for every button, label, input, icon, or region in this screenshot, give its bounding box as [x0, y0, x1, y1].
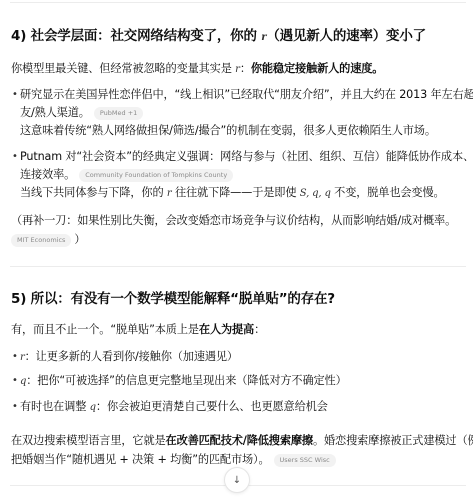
bullet2-line1: Putnam 对“社会资本”的经典定义强调：网络与参与（社团、组织、互信）能降低…: [20, 149, 473, 165]
bullet-dot: •: [12, 401, 18, 412]
citation-pill-community-foundation[interactable]: Community Foundation of Tompkins County: [79, 169, 233, 182]
s5-bullet1: r：让更多新的人看到你/接触你（加速遇见）: [20, 349, 238, 366]
bullet-dot: •: [12, 351, 18, 362]
section4-aside-line2: MIT Economics）: [7, 232, 85, 248]
bullet-text: ：让更多新的人看到你/接触你（加速遇见）: [25, 350, 238, 363]
section4-intro: 你模型里最关键、但经常被忽略的变量其实是 r：你能稳定接触新人的速度。: [11, 61, 383, 78]
text: 当线下共同体参与下降，你的: [20, 186, 167, 199]
bullet2-line3: 当线下共同体参与下降，你的 r 往往就下降——于是即使 S, q, q 不变，脱…: [20, 185, 445, 202]
bullet1-line3: 这意味着传统“熟人网络做担保/筛选/撮合”的机制在变弱，很多人更依赖陌生人市场。: [20, 123, 436, 139]
intro-bold: 你能稳定接触新人的速度。: [251, 62, 383, 75]
bullet2-line2: 连接效率。Community Foundation of Tompkins Co…: [20, 167, 233, 183]
bullet1-line2: 友/熟人渠道。PubMed +1: [20, 105, 143, 121]
s5-bullet2: q：把你“可被选择”的信息更完整地呈现出来（降低对方不确定性）: [20, 373, 347, 390]
s5-bullet3: 有时也在调整 q：你会被迫更清楚自己要什么、也更愿意给机会: [20, 399, 328, 416]
top-divider: [10, 2, 466, 3]
outro-line2-text: 把婚姻当作“随机遇见 + 决策 + 均衡”的匹配市场）。: [11, 453, 270, 466]
citation-pill-ssc-wisc[interactable]: Users SSC Wisc: [274, 454, 336, 467]
math-vars-sqq: S, q, q: [300, 188, 331, 199]
intro-colon: ：: [240, 62, 251, 75]
text: 往往就下降——于是即使: [172, 186, 300, 199]
bullet1-line2-text: 友/熟人渠道。: [20, 106, 90, 119]
bullet-dot: •: [12, 375, 18, 386]
intro-bold: 在人为提高: [199, 323, 254, 336]
bullet-dot: •: [12, 89, 18, 100]
bullet1-line1: 研究显示在美国异性恋伴侣中，“线上相识”已经取代“朋友介绍”，并且大约在 201…: [20, 87, 473, 103]
outro-text-post: 。婚恋搜索摩擦被正式建模过（例如: [313, 434, 473, 447]
intro-text: 有，而且不止一个。“脱单贴”本质上是: [11, 323, 199, 336]
bullet-text-pre: 有时也在调整: [20, 400, 90, 413]
section-divider: [10, 266, 466, 267]
section5-heading: 5) 所以：有没有一个数学模型能解释“脱单贴”的存在?: [11, 287, 335, 307]
intro-colon: ：: [254, 323, 265, 336]
bullet-text: ：你会被迫更清楚自己要什么、也更愿意给机会: [96, 400, 328, 413]
bullet-dot: •: [12, 151, 18, 162]
bullet-text: ：把你“可被选择”的信息更完整地呈现出来（降低对方不确定性）: [26, 374, 346, 387]
text: 不变，脱单也会变慢。: [331, 186, 445, 199]
section5-outro-line2: 把婚姻当作“随机遇见 + 决策 + 均衡”的匹配市场）。Users SSC Wi…: [11, 452, 336, 468]
section5-intro: 有，而且不止一个。“脱单贴”本质上是在人为提高：: [11, 322, 265, 338]
intro-text: 你模型里最关键、但经常被忽略的变量其实是: [11, 62, 235, 75]
arrow-down-icon: ↓: [233, 475, 241, 486]
section4-aside: （再补一刀：如果性别比失衡，会改变婚恋市场竞争与议价结构，从而影响结婚/成对概率…: [11, 213, 456, 229]
citation-pill-mit-economics[interactable]: MIT Economics: [11, 234, 71, 247]
citation-pill-pubmed[interactable]: PubMed +1: [94, 107, 143, 120]
outro-bold: 在改善匹配技术/降低搜索摩擦: [166, 434, 313, 447]
bullet2-line2-text: 连接效率。: [20, 168, 75, 181]
aside-close: ）: [74, 233, 85, 246]
section4-heading: 4) 社会学层面：社交网络结构变了，你的 r（遇见新人的速率）变小了: [11, 24, 426, 44]
section5-outro: 在双边搜索模型语言里，它就是在改善匹配技术/降低搜索摩擦。婚恋搜索摩擦被正式建模…: [11, 433, 473, 449]
heading-text: 4) 社会学层面：社交网络结构变了，你的: [11, 28, 261, 44]
heading-text-post: （遇见新人的速率）变小了: [266, 28, 426, 44]
scroll-down-button[interactable]: ↓: [224, 467, 250, 493]
outro-text: 在双边搜索模型语言里，它就是: [11, 434, 166, 447]
